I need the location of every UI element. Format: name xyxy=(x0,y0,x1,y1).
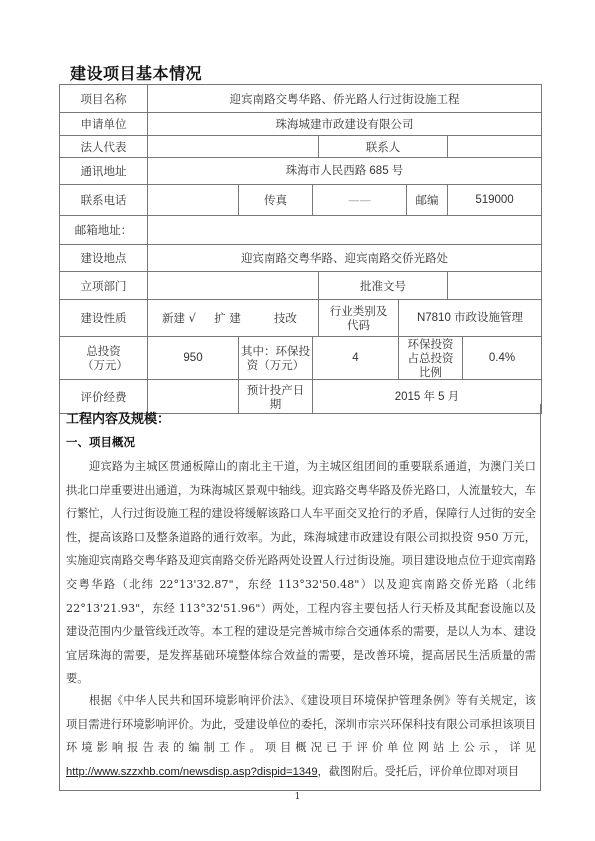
label-env-ratio: 环保投资占总投资比例 xyxy=(399,337,463,380)
paragraph-eia-tail: ，截图附后。受托后，评价单位即对项目 xyxy=(318,765,519,778)
paragraph-overview: 迎宾路为主城区贯通板障山的南北主干道，为主城区组团间的重要联系通道，为澳门关口拱… xyxy=(66,455,536,691)
label-email: 邮箱地址： xyxy=(60,216,148,245)
label-env-invest: 其中：环保投资（万元） xyxy=(239,337,313,380)
value-address: 珠海市人民西路 685 号 xyxy=(148,158,542,185)
value-industry: N7810 市政设施管理 xyxy=(399,300,542,337)
label-contact: 联系人 xyxy=(319,136,448,158)
section-heading: 工程内容及规模： xyxy=(66,408,170,427)
row-investment: 总投资（万元） 950 其中：环保投资（万元） 4 环保投资占总投资比例 0.4… xyxy=(60,337,542,380)
page-title: 建设项目基本情况 xyxy=(70,61,202,84)
value-project-name: 迎宾南路交粤华路、侨光路人行过街设施工程 xyxy=(148,85,542,113)
value-legal-rep xyxy=(148,136,319,158)
value-dept xyxy=(148,272,319,300)
row-nature: 建设性质 新建 √ 扩 建 技改 行业类别及代码 N7810 市政设施管理 xyxy=(60,300,542,337)
value-total-invest: 950 xyxy=(148,337,239,380)
row-email: 邮箱地址： xyxy=(60,216,542,245)
nature-tech: 技改 xyxy=(274,311,297,325)
label-address: 通讯地址 xyxy=(60,158,148,185)
label-fax: 传真 xyxy=(239,185,313,216)
label-postcode: 邮编 xyxy=(407,185,448,216)
value-applicant: 珠海城建市政建设有限公司 xyxy=(148,113,542,136)
value-nature: 新建 √ 扩 建 技改 xyxy=(148,300,319,337)
paragraph-eia-text: 根据《中华人民共和国环境影响评价法》、《建设项目环境保护管理条例》等有关规定，该… xyxy=(66,694,536,754)
row-applicant: 申请单位 珠海城建市政建设有限公司 xyxy=(60,113,542,136)
row-phone: 联系电话 传真 —— 邮编 519000 xyxy=(60,185,542,216)
label-nature: 建设性质 xyxy=(60,300,148,337)
page-number: 1 xyxy=(0,792,595,802)
label-approval: 批准文号 xyxy=(319,272,448,300)
row-site: 建设地点 迎宾南路交粤华路、迎宾南路交侨光路处 xyxy=(60,245,542,272)
label-legal-rep: 法人代表 xyxy=(60,136,148,158)
label-industry: 行业类别及代码 xyxy=(319,300,399,337)
content-section: 工程内容及规模： 一、项目概况 迎宾路为主城区贯通板障山的南北主干道，为主城区组… xyxy=(59,404,541,791)
label-total-invest: 总投资（万元） xyxy=(60,337,148,380)
value-fax: —— xyxy=(313,185,407,216)
row-legal-rep: 法人代表 联系人 xyxy=(60,136,542,158)
label-dept: 立项部门 xyxy=(60,272,148,300)
label-phone: 联系电话 xyxy=(60,185,148,216)
project-link[interactable]: http://www.szzxhb.com/newsdisp.asp?dispi… xyxy=(66,766,318,778)
row-address: 通讯地址 珠海市人民西路 685 号 xyxy=(60,158,542,185)
value-env-invest: 4 xyxy=(313,337,399,380)
label-project-name: 项目名称 xyxy=(60,85,148,113)
row-project-name: 项目名称 迎宾南路交粤华路、侨光路人行过街设施工程 xyxy=(60,85,542,113)
label-site: 建设地点 xyxy=(60,245,148,272)
nature-expand: 扩 建 xyxy=(214,311,241,325)
value-approval xyxy=(448,272,542,300)
row-dept: 立项部门 批准文号 xyxy=(60,272,542,300)
value-postcode: 519000 xyxy=(448,185,542,216)
value-email xyxy=(148,216,542,245)
value-phone xyxy=(148,185,239,216)
subsection-heading: 一、项目概况 xyxy=(66,434,135,450)
nature-new: 新建 √ xyxy=(162,311,196,325)
value-contact xyxy=(448,136,542,158)
value-site: 迎宾南路交粤华路、迎宾南路交侨光路处 xyxy=(148,245,542,272)
value-env-ratio: 0.4% xyxy=(463,337,542,380)
label-applicant: 申请单位 xyxy=(60,113,148,136)
project-info-table: 项目名称 迎宾南路交粤华路、侨光路人行过街设施工程 申请单位 珠海城建市政建设有… xyxy=(59,84,542,414)
paragraph-eia: 根据《中华人民共和国环境影响评价法》、《建设项目环境保护管理条例》等有关规定，该… xyxy=(66,689,536,784)
